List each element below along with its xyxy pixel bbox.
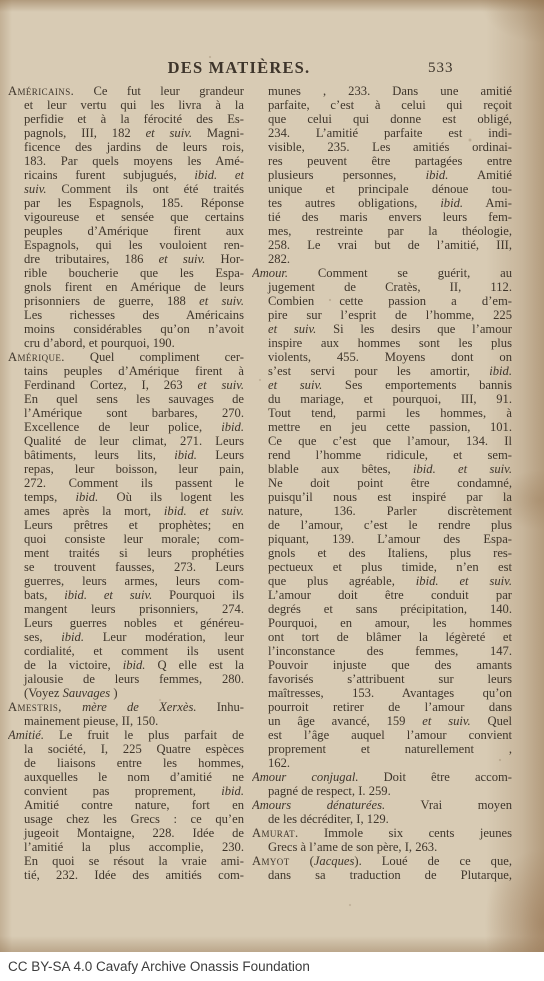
text-line: Pouvoir injuste que des amants xyxy=(252,658,512,672)
text-line: visible, 235. Les amitiés ordinai- xyxy=(252,140,512,154)
text-line: rible boucherie que les Espa- xyxy=(8,266,244,280)
text-line: pourroit retirer de l’amour dans xyxy=(252,700,512,714)
text-line: Leurs guerres nobles et généreu- xyxy=(8,616,244,630)
text-line: cordialité, et comment ils usent xyxy=(8,644,244,658)
text-line: dans sa traduction de Plutarque, xyxy=(252,868,512,882)
text-line: rend l’homme ridicule, et sem- xyxy=(252,448,512,462)
text-line: ricains furent subjugués, ibid. et xyxy=(8,168,244,182)
scanned-book-page: DES MATIÈRES. 533 Américains. Ce fut leu… xyxy=(0,0,544,952)
text-line: pire sur l’esprit de l’homme, 225 xyxy=(252,308,512,322)
text-line: mangent leurs prisonniers, 274. xyxy=(8,602,244,616)
text-line: maîtresses, 153. Avantages qu’on xyxy=(252,686,512,700)
text-line: que plus agréable, ibid. et suiv. xyxy=(252,574,512,588)
text-line: plusieurs personnes, ibid. Amitié xyxy=(252,168,512,182)
text-line: tains peuples d’Amérique firent à xyxy=(8,364,244,378)
page-number: 533 xyxy=(428,60,454,77)
text-line: Excellence de leur police, ibid. xyxy=(8,420,244,434)
text-line: Combien cette passion a d’em- xyxy=(252,294,512,308)
text-line: piquant, 139. L’amour des Espa- xyxy=(252,532,512,546)
text-line: et suiv. Ses emportements bannis xyxy=(252,378,512,392)
text-line: Ne doit point être condamné, xyxy=(252,476,512,490)
text-line: 234. L’amitié parfaite est indi- xyxy=(252,126,512,140)
text-line: de la victoire, ibid. Q elle est la xyxy=(8,658,244,672)
text-line: 183. Par quels moyens les Amé- xyxy=(8,154,244,168)
index-column-left: Américains. Ce fut leur grandeuret leur … xyxy=(8,84,244,882)
text-line: unique et principale dénoue tou- xyxy=(252,182,512,196)
text-line: jugement de Cratès, II, 112. xyxy=(252,280,512,294)
text-line: inspire aux hommes sont les plus xyxy=(252,336,512,350)
text-line: munes , 233. Dans une amitié xyxy=(252,84,512,98)
text-line: Américains. Ce fut leur grandeur xyxy=(8,84,244,98)
text-line: proprement et naturellement , xyxy=(252,742,512,756)
text-line: que celui qui donne est obligé, xyxy=(252,112,512,126)
text-line: l’inconstance des femmes, 147. xyxy=(252,644,512,658)
text-line: 162. xyxy=(252,756,512,770)
text-line: nature, 136. Parler discrètement xyxy=(252,504,512,518)
text-line: parfaite, c’est à celui qui reçoit xyxy=(252,98,512,112)
text-line: favorisés s’attribuent sur leurs xyxy=(252,672,512,686)
text-line: s’est servi pour les amortir, ibid. xyxy=(252,364,512,378)
text-line: l’Amérique sont barbares, 270. xyxy=(8,406,244,420)
text-line: tié, 232. Idée des amitiés com- xyxy=(8,868,244,882)
text-line: Leurs prêtres et prophètes; en xyxy=(8,518,244,532)
text-line: mettre en jeu cette passion, 101. xyxy=(252,420,512,434)
text-line: de les décréditer, I, 129. xyxy=(252,812,512,826)
text-line: Qualité de leur climat, 271. Leurs xyxy=(8,434,244,448)
text-line: Amours dénaturées. Vrai moyen xyxy=(252,798,512,812)
text-line: pagnols, III, 182 et suiv. Magni- xyxy=(8,126,244,140)
text-line: L’amour doit être conduit par xyxy=(252,588,512,602)
text-line: jalousie de leurs femmes, 280. xyxy=(8,672,244,686)
text-line: Espagnols, qui les vouloient ren- xyxy=(8,238,244,252)
text-line: gnols et des Italiens, plus res- xyxy=(252,546,512,560)
page-header: DES MATIÈRES. 533 xyxy=(0,58,544,78)
text-line: temps, ibid. Où ils logent les xyxy=(8,490,244,504)
text-line: Amour. Comment se guérit, au xyxy=(252,266,512,280)
text-line: suiv. Comment ils ont été traités xyxy=(8,182,244,196)
text-line: est l’âge auquel l’amour convient xyxy=(252,728,512,742)
text-line: l’amitié la plus accomplie, 230. xyxy=(8,840,244,854)
text-line: tes autres obligations, ibid. Ami- xyxy=(252,196,512,210)
text-line: (Voyez Sauvages ) xyxy=(8,686,244,700)
text-line: 282. xyxy=(252,252,512,266)
text-line: guerres, leurs armes, leurs com- xyxy=(8,574,244,588)
text-line: Tout tend, parmi les hommes, à xyxy=(252,406,512,420)
text-line: se trouvent fausses, 273. Leurs xyxy=(8,560,244,574)
text-line: tié des maris envers leurs fem- xyxy=(252,210,512,224)
text-line: de liaisons entre les hommes, xyxy=(8,756,244,770)
text-line: quoi consiste leur morale; com- xyxy=(8,532,244,546)
text-line: auxquelles le nom d’amitié ne xyxy=(8,770,244,784)
text-line: vigoureuse et sensée que certains xyxy=(8,210,244,224)
text-line: Amérique. Quel compliment cer- xyxy=(8,350,244,364)
text-line: perfidie et à la férocité des Es- xyxy=(8,112,244,126)
text-line: mes, restreinte par la théologie, xyxy=(252,224,512,238)
text-line: Ce que c’est que l’amour, 134. Il xyxy=(252,434,512,448)
text-line: ames après la mort, ibid. et suiv. xyxy=(8,504,244,518)
text-line: prisonniers de guerre, 188 et suiv. xyxy=(8,294,244,308)
text-line: un âge avancé, 159 et suiv. Quel xyxy=(252,714,512,728)
text-line: En quoi se résout la vraie ami- xyxy=(8,854,244,868)
license-text: CC BY-SA 4.0 Cavafy Archive Onassis Foun… xyxy=(0,959,310,974)
text-line: blable aux bêtes, ibid. et suiv. xyxy=(252,462,512,476)
text-line: bats, ibid. et suiv. Pourquoi ils xyxy=(8,588,244,602)
running-title: DES MATIÈRES. xyxy=(168,58,311,78)
text-line: Amour conjugal. Doit être accom- xyxy=(252,770,512,784)
text-line: Pourquoi, en amour, les hommes xyxy=(252,616,512,630)
index-column-right: munes , 233. Dans une amitiéparfaite, c’… xyxy=(252,84,512,882)
text-line: Amyot (Jacques). Loué de ce que, xyxy=(252,854,512,868)
index-columns: Américains. Ce fut leur grandeuret leur … xyxy=(8,84,512,882)
text-line: de l’amour, c’est le rendre plus xyxy=(252,518,512,532)
license-bar: CC BY-SA 4.0 Cavafy Archive Onassis Foun… xyxy=(0,952,544,981)
text-line: repas, leur boisson, leur pain, xyxy=(8,462,244,476)
text-line: cru d’abord, et pourquoi, 190. xyxy=(8,336,244,350)
text-line: moins considérables qu’on n’avoit xyxy=(8,322,244,336)
text-line: res peuvent être partagées entre xyxy=(252,154,512,168)
text-line: bâtiments, leurs lits, ibid. Leurs xyxy=(8,448,244,462)
text-line: du mariage, et pourquoi, III, 91. xyxy=(252,392,512,406)
text-line: gnols firent en Amérique de leurs xyxy=(8,280,244,294)
text-line: Amurat. Immole six cents jeunes xyxy=(252,826,512,840)
text-line: et leur vertu qui les livra à la xyxy=(8,98,244,112)
text-line: convient pas proprement, ibid. xyxy=(8,784,244,798)
text-line: Grecs à l’ame de son père, I, 263. xyxy=(252,840,512,854)
text-line: Amitié contre nature, fort en xyxy=(8,798,244,812)
text-line: puisqu’il nous est inspiré par la xyxy=(252,490,512,504)
text-line: ont tort de blâmer la légèreté et xyxy=(252,630,512,644)
text-line: En quel sens les sauvages de xyxy=(8,392,244,406)
text-line: Amestris, mère de Xerxès. Inhu- xyxy=(8,700,244,714)
text-line: ment traités si leurs prophéties xyxy=(8,546,244,560)
text-line: ses, ibid. Leur modération, leur xyxy=(8,630,244,644)
text-line: violents, 455. Moyens dont on xyxy=(252,350,512,364)
text-line: ficence des jardins de leurs rois, xyxy=(8,140,244,154)
text-line: usage chez les Grecs : ce qu’en xyxy=(8,812,244,826)
text-line: par les Espagnols, 185. Réponse xyxy=(8,196,244,210)
text-line: Les richesses des Américains xyxy=(8,308,244,322)
text-line: la société, I, 225 Quatre espèces xyxy=(8,742,244,756)
text-line: pectueux et plus timide, n’en est xyxy=(252,560,512,574)
text-line: et suiv. Si les desirs que l’amour xyxy=(252,322,512,336)
text-line: Amitié. Le fruit le plus parfait de xyxy=(8,728,244,742)
text-line: peuples d’Amérique firent aux xyxy=(8,224,244,238)
text-line: 272. Comment ils passent le xyxy=(8,476,244,490)
text-line: Ferdinand Cortez, I, 263 et suiv. xyxy=(8,378,244,392)
text-line: dre tributaires, 186 et suiv. Hor- xyxy=(8,252,244,266)
text-line: mainement pieuse, II, 150. xyxy=(8,714,244,728)
text-line: jugeoit Montaigne, 228. Idée de xyxy=(8,826,244,840)
text-line: pagné de respect, I. 259. xyxy=(252,784,512,798)
text-line: 258. Le vrai but de l’amitié, III, xyxy=(252,238,512,252)
text-line: degrés et sans précipitation, 140. xyxy=(252,602,512,616)
